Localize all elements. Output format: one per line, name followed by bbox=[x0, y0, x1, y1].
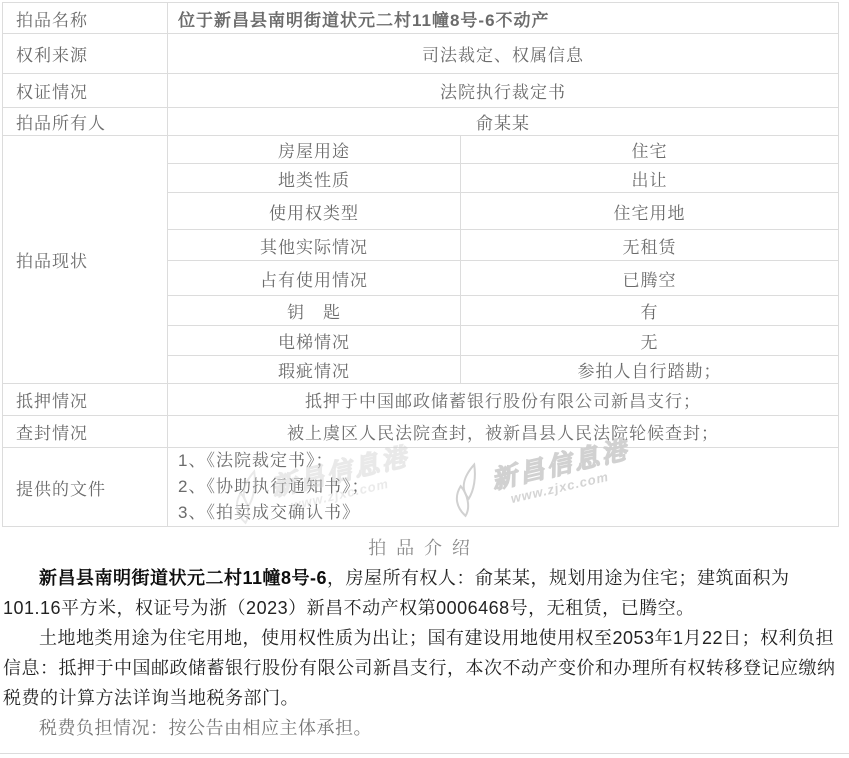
intro-address-bold: 新昌县南明街道状元二村11幢8号-6 bbox=[39, 568, 327, 588]
certificate-label: 权证情况 bbox=[3, 74, 168, 108]
document-item: 3、《拍卖成交确认书》 bbox=[178, 500, 838, 526]
status-sub-value: 出让 bbox=[461, 164, 839, 193]
row-certificate: 权证情况 法院执行裁定书 bbox=[3, 74, 839, 108]
documents-label: 提供的文件 bbox=[3, 448, 168, 527]
document-item: 2、《协助执行通知书》； bbox=[178, 474, 838, 500]
status-sub-value: 无 bbox=[461, 326, 839, 356]
status-sub-label: 瑕疵情况 bbox=[168, 356, 461, 384]
intro-paragraph-2: 土地地类用途为住宅用地，使用权性质为出让；国有建设用地使用权至2053年1月22… bbox=[3, 623, 845, 713]
status-group-label: 拍品现状 bbox=[3, 136, 168, 384]
certificate-value: 法院执行裁定书 bbox=[168, 74, 839, 108]
status-sub-value: 已腾空 bbox=[461, 261, 839, 296]
item-name-label: 拍品名称 bbox=[3, 3, 168, 34]
status-sub-value: 住宅用地 bbox=[461, 193, 839, 230]
row-owner: 拍品所有人 俞某某 bbox=[3, 108, 839, 136]
auction-detail-page: 拍品名称 位于新昌县南明街道状元二村11幢8号-6不动产 权利来源 司法裁定、权… bbox=[0, 0, 849, 758]
rights-source-label: 权利来源 bbox=[3, 34, 168, 74]
auction-info-table: 拍品名称 位于新昌县南明街道状元二村11幢8号-6不动产 权利来源 司法裁定、权… bbox=[2, 2, 839, 527]
status-sub-label: 房屋用途 bbox=[168, 136, 461, 164]
mortgage-label: 抵押情况 bbox=[3, 384, 168, 416]
intro-title: 拍品介绍 bbox=[3, 533, 845, 563]
documents-list: 1、《法院裁定书》； 2、《协助执行通知书》； 3、《拍卖成交确认书》 bbox=[168, 448, 839, 527]
status-sub-label: 钥 匙 bbox=[168, 296, 461, 326]
status-sub-value: 住宅 bbox=[461, 136, 839, 164]
intro-paragraph-1: 新昌县南明街道状元二村11幢8号-6，房屋所有权人：俞某某，规划用途为住宅；建筑… bbox=[3, 563, 845, 623]
status-sub-label: 其他实际情况 bbox=[168, 230, 461, 261]
status-sub-value: 有 bbox=[461, 296, 839, 326]
row-rights-source: 权利来源 司法裁定、权属信息 bbox=[3, 34, 839, 74]
document-item: 1、《法院裁定书》； bbox=[178, 448, 838, 474]
row-mortgage: 抵押情况 抵押于中国邮政储蓄银行股份有限公司新昌支行； bbox=[3, 384, 839, 416]
status-sub-label: 占有使用情况 bbox=[168, 261, 461, 296]
owner-label: 拍品所有人 bbox=[3, 108, 168, 136]
status-sub-value: 无租赁 bbox=[461, 230, 839, 261]
status-sub-label: 使用权类型 bbox=[168, 193, 461, 230]
seizure-label: 查封情况 bbox=[3, 416, 168, 448]
status-row: 拍品现状 房屋用途 住宅 bbox=[3, 136, 839, 164]
status-sub-label: 地类性质 bbox=[168, 164, 461, 193]
row-documents: 提供的文件 1、《法院裁定书》； 2、《协助执行通知书》； 3、《拍卖成交确认书… bbox=[3, 448, 839, 527]
row-item-name: 拍品名称 位于新昌县南明街道状元二村11幢8号-6不动产 bbox=[3, 3, 839, 34]
mortgage-value: 抵押于中国邮政储蓄银行股份有限公司新昌支行； bbox=[168, 384, 839, 416]
owner-value: 俞某某 bbox=[168, 108, 839, 136]
intro-section: 拍品介绍 新昌县南明街道状元二村11幢8号-6，房屋所有权人：俞某某，规划用途为… bbox=[0, 527, 849, 754]
status-sub-value: 参拍人自行踏勘； bbox=[461, 356, 839, 384]
status-sub-label: 电梯情况 bbox=[168, 326, 461, 356]
row-seizure: 查封情况 被上虞区人民法院查封，被新昌县人民法院轮候查封； bbox=[3, 416, 839, 448]
seizure-value: 被上虞区人民法院查封，被新昌县人民法院轮候查封； bbox=[168, 416, 839, 448]
intro-paragraph-3: 税费负担情况：按公告由相应主体承担。 bbox=[3, 713, 845, 743]
item-name-value: 位于新昌县南明街道状元二村11幢8号-6不动产 bbox=[168, 3, 839, 34]
rights-source-value: 司法裁定、权属信息 bbox=[168, 34, 839, 74]
